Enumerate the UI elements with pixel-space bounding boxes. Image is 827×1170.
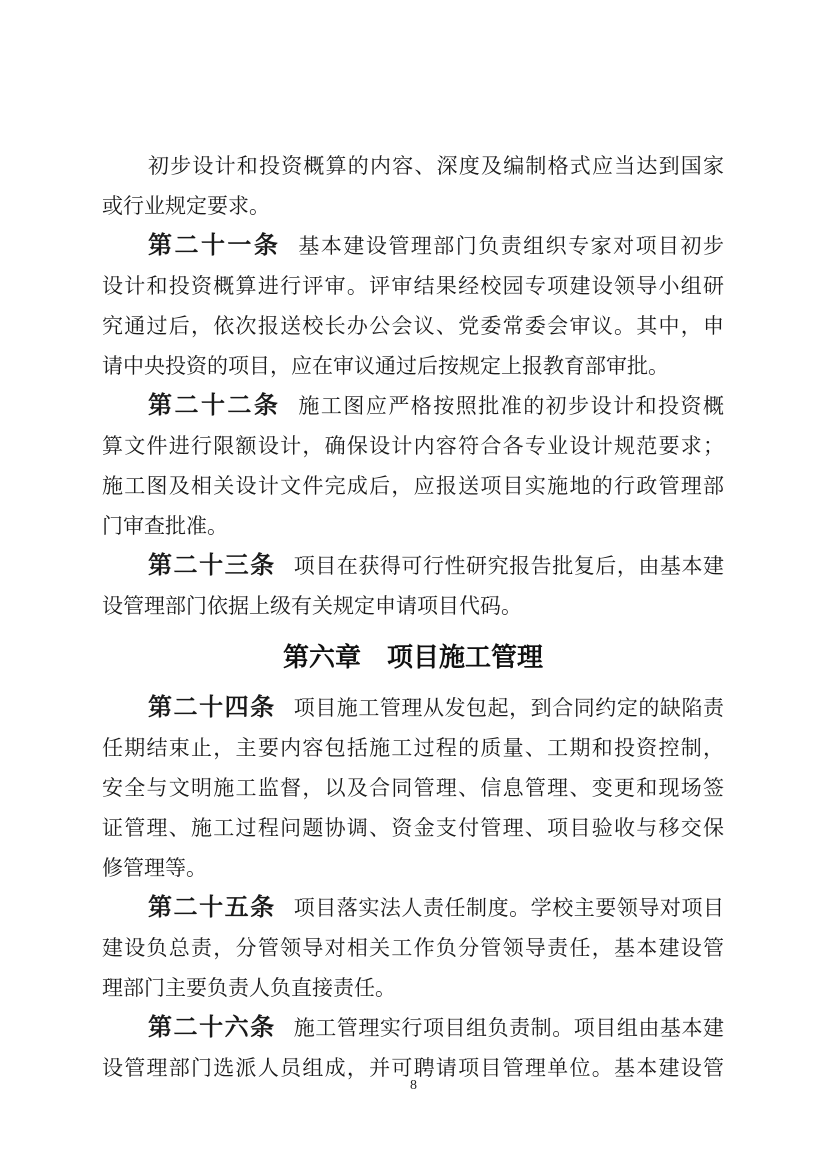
- chapter-number: 第六章: [283, 642, 361, 672]
- paragraph-line: 建设负总责，分管领导对相关工作负分管领导责任，基本建设管: [102, 928, 724, 968]
- article-text: 施工图应严格按照批准的初步设计和投资概: [298, 394, 724, 418]
- paragraph-line: 算文件进行限额设计，确保设计内容符合各专业设计规范要求；: [102, 426, 724, 466]
- paragraph-line: 或行业规定要求。: [102, 186, 724, 226]
- paragraph-line: 第二十一条基本建设管理部门负责组织专家对项目初步: [102, 226, 724, 266]
- document-page: 初步设计和投资概算的内容、深度及编制格式应当达到国家 或行业规定要求。 第二十一…: [0, 0, 827, 1170]
- paragraph-line: 施工图及相关设计文件完成后，应报送项目实施地的行政管理部: [102, 466, 724, 506]
- article-number: 第二十一条: [148, 232, 280, 259]
- paragraph-line: 初步设计和投资概算的内容、深度及编制格式应当达到国家: [102, 146, 724, 186]
- paragraph-line: 第二十二条施工图应严格按照批准的初步设计和投资概: [102, 386, 724, 426]
- paragraph-line: 设管理部门依据上级有关规定申请项目代码。: [102, 586, 724, 626]
- article-text: 施工管理实行项目组负责制。项目组由基本建: [294, 1016, 724, 1040]
- paragraph-article-23: 第二十三条项目在获得可行性研究报告批复后，由基本建 设管理部门依据上级有关规定申…: [102, 546, 724, 626]
- page-number: 8: [0, 1078, 827, 1094]
- paragraph-line: 第二十六条施工管理实行项目组负责制。项目组由基本建: [102, 1008, 724, 1048]
- article-number: 第二十四条: [148, 694, 276, 721]
- paragraph-line: 门审查批准。: [102, 506, 724, 546]
- paragraph-article-25: 第二十五条项目落实法人责任制度。学校主要领导对项目 建设负总责，分管领导对相关工…: [102, 888, 724, 1008]
- article-text: 项目落实法人责任制度。学校主要领导对项目: [294, 896, 724, 920]
- paragraph-line: 安全与文明施工监督，以及合同管理、信息管理、变更和现场签: [102, 768, 724, 808]
- paragraph-line: 究通过后，依次报送校长办公会议、党委常委会审议。其中，申: [102, 306, 724, 346]
- article-number: 第二十六条: [148, 1014, 276, 1041]
- paragraph-line: 理部门主要负责人负直接责任。: [102, 968, 724, 1008]
- paragraph-line: 证管理、施工过程问题协调、资金支付管理、项目验收与移交保: [102, 808, 724, 848]
- article-text: 基本建设管理部门负责组织专家对项目初步: [298, 234, 724, 258]
- document-body: 初步设计和投资概算的内容、深度及编制格式应当达到国家 或行业规定要求。 第二十一…: [102, 146, 724, 1088]
- paragraph-article-22: 第二十二条施工图应严格按照批准的初步设计和投资概 算文件进行限额设计，确保设计内…: [102, 386, 724, 546]
- paragraph-line: 第二十四条项目施工管理从发包起，到合同约定的缺陷责: [102, 688, 724, 728]
- paragraph-line: 修管理等。: [102, 848, 724, 888]
- paragraph-article-24: 第二十四条项目施工管理从发包起，到合同约定的缺陷责 任期结束止，主要内容包括施工…: [102, 688, 724, 888]
- paragraph-line: 设计和投资概算进行评审。评审结果经校园专项建设领导小组研: [102, 266, 724, 306]
- paragraph-line: 第二十五条项目落实法人责任制度。学校主要领导对项目: [102, 888, 724, 928]
- paragraph-line: 第二十三条项目在获得可行性研究报告批复后，由基本建: [102, 546, 724, 586]
- article-text: 项目在获得可行性研究报告批复后，由基本建: [294, 554, 724, 578]
- paragraph-line: 任期结束止，主要内容包括施工过程的质量、工期和投资控制，: [102, 728, 724, 768]
- article-number: 第二十五条: [148, 894, 276, 921]
- article-number: 第二十三条: [148, 552, 276, 579]
- article-text: 项目施工管理从发包起，到合同约定的缺陷责: [294, 696, 724, 720]
- chapter-title: 项目施工管理: [387, 642, 543, 672]
- article-number: 第二十二条: [148, 392, 280, 419]
- paragraph-intro: 初步设计和投资概算的内容、深度及编制格式应当达到国家 或行业规定要求。: [102, 146, 724, 226]
- paragraph-article-26: 第二十六条施工管理实行项目组负责制。项目组由基本建 设管理部门选派人员组成，并可…: [102, 1008, 724, 1088]
- paragraph-article-21: 第二十一条基本建设管理部门负责组织专家对项目初步 设计和投资概算进行评审。评审结…: [102, 226, 724, 386]
- paragraph-line: 请中央投资的项目，应在审议通过后按规定上报教育部审批。: [102, 346, 724, 386]
- chapter-heading: 第六章项目施工管理: [102, 634, 724, 680]
